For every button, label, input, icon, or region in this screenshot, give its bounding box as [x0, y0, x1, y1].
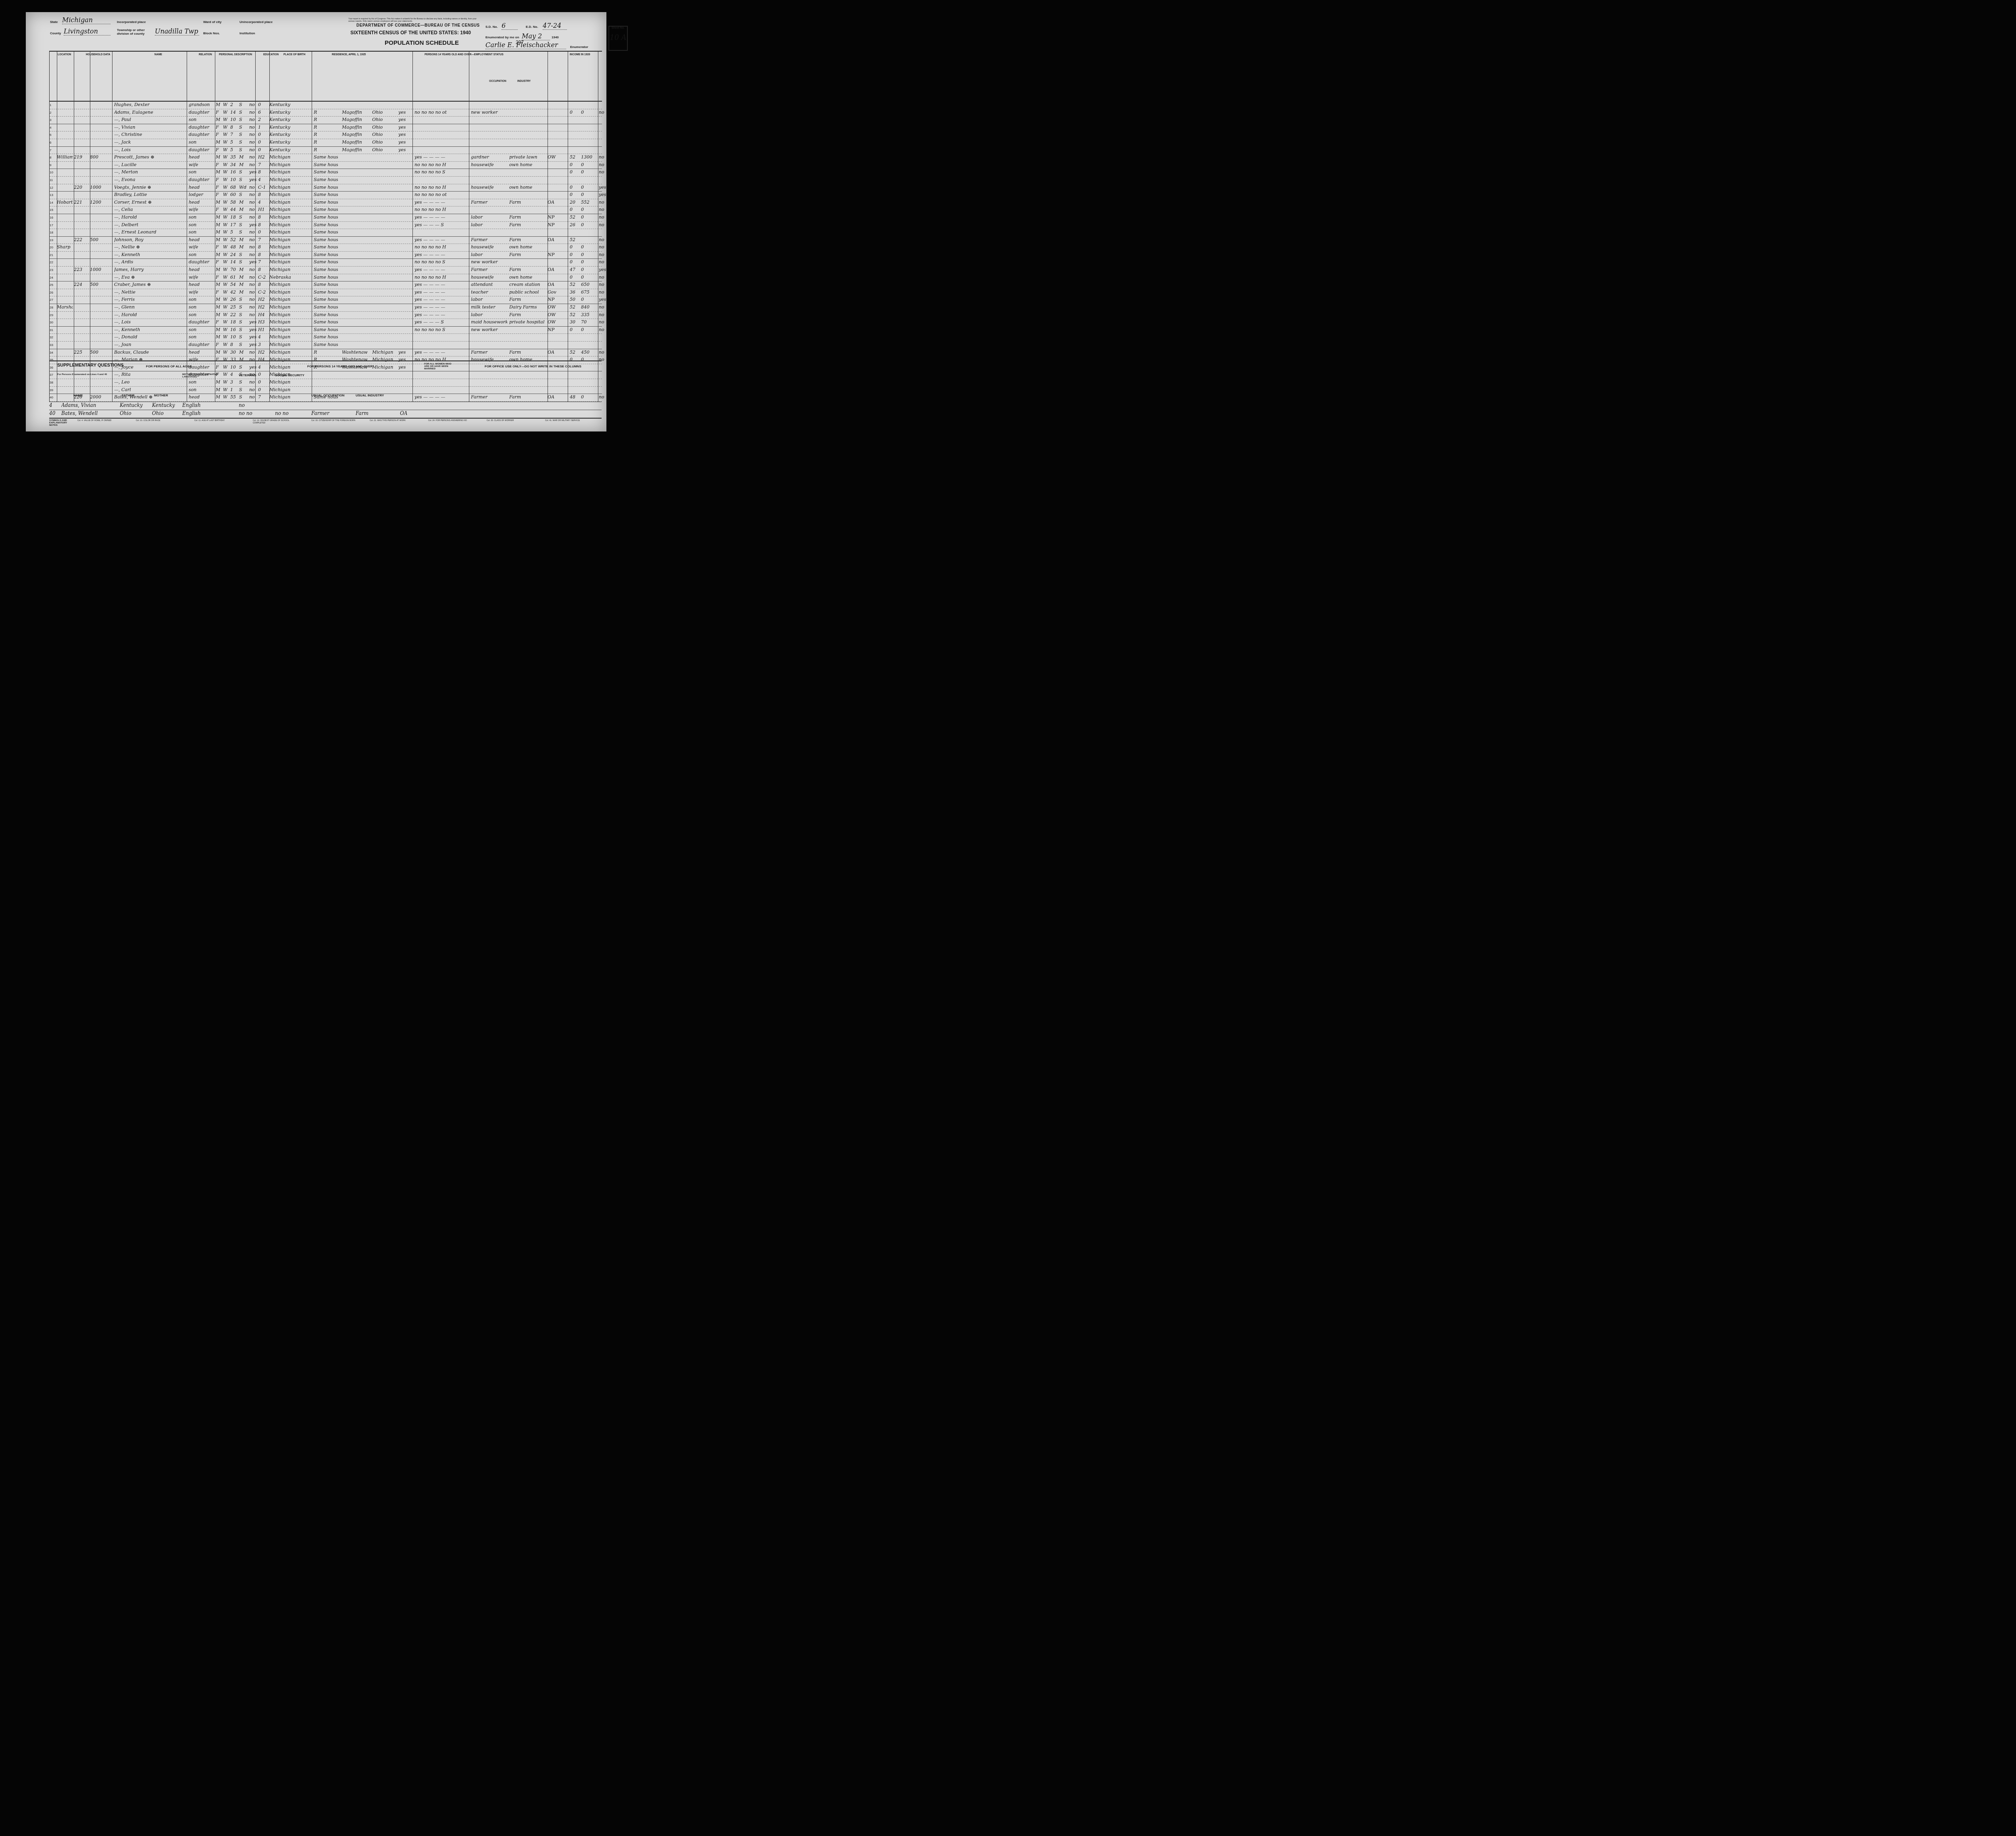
relation: wife — [189, 275, 213, 280]
supp-mother: Kentucky — [152, 402, 180, 408]
residence-1935: Same house — [314, 319, 338, 325]
other-income: yes — [599, 267, 608, 272]
race: W — [223, 312, 229, 317]
township-label: Township or other division of county — [117, 28, 153, 35]
person-name: Adams, Eulagene — [114, 110, 187, 115]
birthplace: Michigan — [269, 252, 304, 257]
home-value: 1200 — [90, 200, 106, 205]
line-number: 4 — [50, 126, 57, 129]
attending-school: yes — [249, 327, 257, 332]
relation: wife — [189, 244, 213, 250]
work-status: no no no no H — [414, 207, 467, 212]
marital-status: S — [239, 132, 247, 137]
marital-status: M — [239, 267, 247, 272]
grade-completed: 8 — [258, 267, 268, 272]
industry: Farm — [509, 237, 546, 242]
residence-1935: R — [314, 140, 338, 145]
attending-school: no — [249, 117, 257, 122]
weeks-worked: 0 — [570, 192, 579, 197]
race: W — [223, 102, 229, 107]
residence-county: Magoffin — [342, 125, 370, 130]
wage-income: 70 — [581, 319, 597, 325]
supp-mother: Ohio — [152, 411, 180, 416]
relation: grandson — [189, 102, 213, 107]
wage-income: 450 — [581, 350, 597, 355]
line-number: 30 — [50, 321, 57, 324]
race: W — [223, 192, 229, 197]
grade-completed: 8 — [258, 215, 268, 220]
industry: Farm — [509, 222, 546, 227]
header-employment: PERSONS 14 YEARS OLD AND OVER—EMPLOYMENT… — [425, 53, 504, 56]
ed-label: E.D. No. — [526, 25, 538, 29]
marital-status: S — [239, 342, 247, 347]
sex: M — [216, 267, 222, 272]
occupation: gardner — [471, 154, 507, 160]
attending-school: no — [249, 140, 257, 145]
header-income: INCOME IN 1939 — [570, 53, 590, 56]
birthplace: Michigan — [269, 192, 304, 197]
footer-note: Col. 14. HIGHEST GRADE OF SCHOOL COMPLET… — [253, 419, 301, 424]
occupation: housewife — [471, 275, 507, 280]
relation: son — [189, 252, 213, 257]
other-income: no — [599, 312, 608, 317]
wage-income: 650 — [581, 282, 597, 287]
sd-label: S.D. No. — [485, 25, 498, 29]
occupation: housewife — [471, 185, 507, 190]
table-row: 24—, Eva ⊕wifeFW61MnoC-2NebraskaSame hou… — [50, 274, 602, 282]
house-number: 224 — [74, 282, 86, 287]
sex: F — [216, 132, 222, 137]
census-sheet: State Michigan County Livingston Incorpo… — [26, 12, 606, 431]
sex: M — [216, 304, 222, 310]
population-table: LOCATION HOUSEHOLD DATA NAME RELATION PE… — [49, 51, 602, 402]
header-location: LOCATION — [58, 53, 71, 56]
residence-1935: Same house — [314, 327, 338, 332]
work-status: yes — — — S — [414, 222, 467, 227]
relation: wife — [189, 162, 213, 167]
attending-school: no — [249, 244, 257, 250]
attending-school: no — [249, 185, 257, 190]
occupation: labor — [471, 252, 507, 257]
industry: private lawn — [509, 154, 546, 160]
line-number: 11 — [50, 178, 57, 182]
race: W — [223, 177, 229, 182]
sex: F — [216, 185, 222, 190]
work-status: no no no no H — [414, 244, 467, 250]
wage-income: 1300 — [581, 154, 597, 160]
department-title: DEPARTMENT OF COMMERCE—BUREAU OF THE CEN… — [356, 23, 480, 28]
attending-school: no — [249, 350, 257, 355]
marital-status: S — [239, 102, 247, 107]
marital-status: S — [239, 147, 247, 152]
relation: head — [189, 185, 213, 190]
table-row: 34225500Backus, ClaudeheadMW30MnoH2Michi… — [50, 349, 602, 357]
column-divider — [568, 52, 568, 402]
marital-status: S — [239, 125, 247, 130]
birthplace: Michigan — [269, 237, 304, 242]
street-name: Sharp — [57, 244, 73, 250]
line-number: 19 — [50, 238, 57, 242]
age: 48 — [230, 244, 238, 250]
industry: Farm — [509, 267, 546, 272]
sex: M — [216, 312, 222, 317]
enumerated-label: Enumerated by me on — [485, 35, 519, 39]
sheet-header: State Michigan County Livingston Incorpo… — [50, 16, 598, 49]
other-income: no — [599, 222, 608, 227]
census-title: SIXTEENTH CENSUS OF THE UNITED STATES: 1… — [350, 30, 471, 35]
header-education: EDUCATION — [263, 53, 279, 56]
relation: daughter — [189, 110, 213, 115]
birthplace: Michigan — [269, 304, 304, 310]
birthplace: Michigan — [269, 334, 304, 340]
sex: F — [216, 342, 222, 347]
work-status: yes — — — — — [414, 304, 467, 310]
weeks-worked: 0 — [570, 169, 579, 175]
header-occupation: OCCUPATION — [489, 80, 506, 83]
person-name: —, Ardis — [114, 259, 187, 265]
table-row: 20Sharp—, Nellie ⊕wifeFW48Mno8MichiganSa… — [50, 244, 602, 252]
occupation: labor — [471, 312, 507, 317]
line-number: 34 — [50, 351, 57, 354]
residence-1935: Same house — [314, 252, 338, 257]
table-row: 11—, EvonadaughterFW10Syes4MichiganSame … — [50, 177, 602, 184]
line-number: 27 — [50, 298, 57, 302]
supp-ss: no no — [275, 411, 299, 416]
sex: F — [216, 110, 222, 115]
supplementary-section: SUPPLEMENTARY QUESTIONS For Persons Enum… — [49, 361, 602, 419]
line-number: 33 — [50, 343, 57, 347]
occupation: milk tester — [471, 304, 507, 310]
other-income: no — [599, 252, 608, 257]
relation: daughter — [189, 177, 213, 182]
occupation: maid housework — [471, 319, 507, 325]
relation: daughter — [189, 259, 213, 265]
relation: head — [189, 350, 213, 355]
sex: F — [216, 147, 222, 152]
relation: son — [189, 117, 213, 122]
relation: daughter — [189, 125, 213, 130]
birthplace: Michigan — [269, 259, 304, 265]
marital-status: M — [239, 237, 247, 242]
birthplace: Michigan — [269, 162, 304, 167]
home-value: 1000 — [90, 267, 106, 272]
line-number: 12 — [50, 186, 57, 190]
supp-col-father: FATHER — [122, 394, 134, 397]
column-divider — [312, 52, 312, 402]
attending-school: yes — [249, 222, 257, 227]
grade-completed: 7 — [258, 259, 268, 265]
residence-county: Magoffin — [342, 140, 370, 145]
residence-state: Ohio — [372, 125, 396, 130]
grade-completed: H2 — [258, 154, 268, 160]
column-divider — [90, 52, 90, 402]
footer-note: Col. 11. AGE AT LAST BIRTHDAY — [194, 419, 243, 422]
age: 54 — [230, 282, 238, 287]
birthplace: Michigan — [269, 222, 304, 227]
sex: M — [216, 102, 222, 107]
on-farm: yes — [398, 117, 408, 122]
occupation: Farmer — [471, 200, 507, 205]
occupation: Farmer — [471, 350, 507, 355]
person-name: Voegts, Jennie ⊕ — [114, 185, 187, 190]
weeks-worked: 52 — [570, 282, 579, 287]
supp-line: 4 — [49, 402, 57, 408]
residence-1935: Same house — [314, 154, 338, 160]
wage-income: 0 — [581, 275, 597, 280]
marital-status: S — [239, 229, 247, 235]
industry: Farm — [509, 215, 546, 220]
enumerated-date: May 2 — [522, 32, 550, 40]
line-number: 20 — [50, 246, 57, 249]
table-row: 15—, CeliawifeFW44MnoH1MichiganSame hous… — [50, 206, 602, 214]
industry: own home — [509, 244, 546, 250]
birthplace: Michigan — [269, 169, 304, 175]
relation: son — [189, 327, 213, 332]
other-income: no — [599, 290, 608, 295]
age: 52 — [230, 237, 238, 242]
residence-1935: Same house — [314, 162, 338, 167]
marital-status: S — [239, 169, 247, 175]
block-label: Block Nos. — [203, 31, 220, 35]
wage-income: 0 — [581, 327, 597, 332]
birthplace: Kentucky — [269, 147, 304, 152]
age: 30 — [230, 350, 238, 355]
class-of-worker: OW — [548, 312, 560, 317]
relation: son — [189, 312, 213, 317]
column-divider — [187, 52, 187, 402]
grade-completed: 2 — [258, 117, 268, 122]
person-name: —, Jack — [114, 140, 187, 145]
work-status: no no no no H — [414, 185, 467, 190]
grade-completed: 6 — [258, 110, 268, 115]
age: 70 — [230, 267, 238, 272]
line-number: 28 — [50, 306, 57, 309]
race: W — [223, 169, 229, 175]
sex: M — [216, 237, 222, 242]
age: 10 — [230, 177, 238, 182]
residence-1935: Same house — [314, 334, 338, 340]
marital-status: M — [239, 350, 247, 355]
sex: F — [216, 275, 222, 280]
sex: M — [216, 215, 222, 220]
line-number: 21 — [50, 253, 57, 257]
grade-completed: 0 — [258, 140, 268, 145]
class-of-worker: NP — [548, 222, 560, 227]
supp-vet: no — [239, 402, 263, 408]
person-name: —, Harold — [114, 215, 187, 220]
table-row: 28Marshall—, GlennsonMW25SnoH2MichiganSa… — [50, 304, 602, 312]
birthplace: Michigan — [269, 290, 304, 295]
person-name: —, Kenneth — [114, 252, 187, 257]
home-value: 800 — [90, 154, 106, 160]
wage-income: 0 — [581, 207, 597, 212]
person-name: Bradley, Lottie — [114, 192, 187, 197]
wage-income: 0 — [581, 244, 597, 250]
township-value: Unadilla Twp — [155, 27, 199, 35]
relation: son — [189, 297, 213, 302]
race: W — [223, 259, 229, 265]
attending-school: yes — [249, 177, 257, 182]
attending-school: no — [249, 290, 257, 295]
residence-county: Magoffin — [342, 117, 370, 122]
race: W — [223, 237, 229, 242]
residence-1935: Same house — [314, 244, 338, 250]
sex: M — [216, 334, 222, 340]
house-number: 222 — [74, 237, 86, 242]
grade-completed: 3 — [258, 342, 268, 347]
relation: wife — [189, 207, 213, 212]
sex: M — [216, 117, 222, 122]
attending-school: no — [249, 102, 257, 107]
over14-header: FOR PERSONS 14 YEARS OLD AND OVER — [307, 365, 373, 368]
occupation: attendant — [471, 282, 507, 287]
table-row: 16—, HaroldsonMW18Sno8MichiganSame house… — [50, 214, 602, 222]
grade-completed: 8 — [258, 282, 268, 287]
weeks-worked: 52 — [570, 237, 579, 242]
grade-completed: 7 — [258, 162, 268, 167]
supp-col-usual-industry: USUAL INDUSTRY — [356, 394, 384, 397]
person-name: —, Lucille — [114, 162, 187, 167]
marital-status: S — [239, 192, 247, 197]
column-divider — [469, 52, 469, 402]
sex: M — [216, 229, 222, 235]
supp-line: 40 — [49, 411, 57, 416]
sex: M — [216, 222, 222, 227]
relation: head — [189, 267, 213, 272]
race: W — [223, 162, 229, 167]
grade-completed: H2 — [258, 297, 268, 302]
supplementary-row: 4Adams, VivianKentuckyKentuckyEnglishno — [49, 402, 602, 410]
line-number: 22 — [50, 260, 57, 264]
ed-value: 47-24 — [543, 22, 567, 30]
age: 14 — [230, 110, 238, 115]
birthplace: Michigan — [269, 282, 304, 287]
sex: F — [216, 207, 222, 212]
footer-note: Col. 21. WAS THIS PERSON AT WORK — [370, 419, 418, 422]
person-name: —, Vivian — [114, 125, 187, 130]
person-name: —, Evona — [114, 177, 187, 182]
industry: Farm — [509, 252, 546, 257]
race: W — [223, 252, 229, 257]
sex: F — [216, 192, 222, 197]
person-name: —, Ferris — [114, 297, 187, 302]
table-row: 1Hughes, DextergrandsonMW2Sno0Kentucky — [50, 102, 602, 109]
line-number: 31 — [50, 328, 57, 332]
table-row: 29—, HaroldsonMW22SnoH4MichiganSame hous… — [50, 312, 602, 319]
column-divider — [112, 52, 112, 402]
line-number: 25 — [50, 283, 57, 287]
other-income: no — [599, 282, 608, 287]
race: W — [223, 244, 229, 250]
race: W — [223, 327, 229, 332]
relation: son — [189, 304, 213, 310]
race: W — [223, 185, 229, 190]
enumerator-signature: Carlie E. Fleischacker — [485, 41, 566, 49]
table-row: 27—, FerrissonMW26SnoH2MichiganSame hous… — [50, 296, 602, 304]
race: W — [223, 140, 229, 145]
footer-note: Col. 10. COLOR OR RACE — [136, 419, 184, 422]
weeks-worked: 0 — [570, 110, 579, 115]
residence-state: Ohio — [372, 110, 396, 115]
table-row: 6—, JacksonMW5Sno0KentuckyRMagoffinOhioy… — [50, 139, 602, 147]
age: 5 — [230, 229, 238, 235]
weeks-worked: 0 — [570, 162, 579, 167]
marital-status: S — [239, 327, 247, 332]
marital-status: S — [239, 252, 247, 257]
table-row: 14Hobart2211200Corser, Ernest ⊕headMW58M… — [50, 199, 602, 207]
attending-school: no — [249, 215, 257, 220]
table-row: 26—, NettiewifeFW42MnoC-2MichiganSame ho… — [50, 289, 602, 297]
age: 18 — [230, 215, 238, 220]
other-income: no — [599, 350, 608, 355]
wage-income: 0 — [581, 169, 597, 175]
weeks-worked: 47 — [570, 267, 579, 272]
supplementary-subtitle: For Persons Enumerated on Lines 4 and 40 — [57, 373, 107, 376]
occupation: labor — [471, 222, 507, 227]
person-name: —, Lois — [114, 147, 187, 152]
sex: M — [216, 169, 222, 175]
sex: M — [216, 154, 222, 160]
residence-1935: R — [314, 132, 338, 137]
marital-status: S — [239, 312, 247, 317]
header-name: NAME — [154, 53, 162, 56]
occupation: housewife — [471, 244, 507, 250]
footer-note: Col. 4. VALUE OF HOME, IF OWNED — [77, 419, 126, 422]
race: W — [223, 267, 229, 272]
header-personal: PERSONAL DESCRIPTION — [219, 53, 252, 56]
work-status: yes — — — — — [414, 290, 467, 295]
column-divider — [255, 52, 256, 402]
person-name: —, Nettie — [114, 290, 187, 295]
residence-1935: Same house — [314, 207, 338, 212]
age: 60 — [230, 192, 238, 197]
wage-income: 0 — [581, 215, 597, 220]
class-of-worker: OW — [548, 304, 560, 310]
supp-col-mother: MOTHER — [154, 394, 168, 397]
relation: daughter — [189, 342, 213, 347]
other-income: no — [599, 304, 608, 310]
person-name: —, Merton — [114, 169, 187, 175]
age: 5 — [230, 147, 238, 152]
person-name: James, Harry — [114, 267, 187, 272]
sex: F — [216, 259, 222, 265]
line-number: 29 — [50, 313, 57, 317]
birthplace: Kentucky — [269, 102, 304, 107]
weeks-worked: 52 — [570, 215, 579, 220]
occupation: labor — [471, 215, 507, 220]
supp-lang: English — [182, 411, 223, 416]
birthplace: Michigan — [269, 267, 304, 272]
work-status: no no no no H — [414, 162, 467, 167]
work-status: no no no no S — [414, 169, 467, 175]
residence-1935: Same house — [314, 312, 338, 317]
class-of-worker: OA — [548, 282, 560, 287]
birthplace: Michigan — [269, 185, 304, 190]
home-value: 1000 — [90, 185, 106, 190]
line-number: 24 — [50, 276, 57, 279]
other-income: no — [599, 110, 608, 115]
supp-vet: no no — [239, 411, 263, 416]
county-value: Livingston — [64, 27, 110, 35]
weeks-worked: 52 — [570, 304, 579, 310]
grade-completed: 0 — [258, 132, 268, 137]
class-of-worker: NP — [548, 252, 560, 257]
attending-school: no — [249, 304, 257, 310]
line-number: 14 — [50, 201, 57, 204]
wage-income: 0 — [581, 192, 597, 197]
residence-county: Magoffin — [342, 147, 370, 152]
race: W — [223, 154, 229, 160]
